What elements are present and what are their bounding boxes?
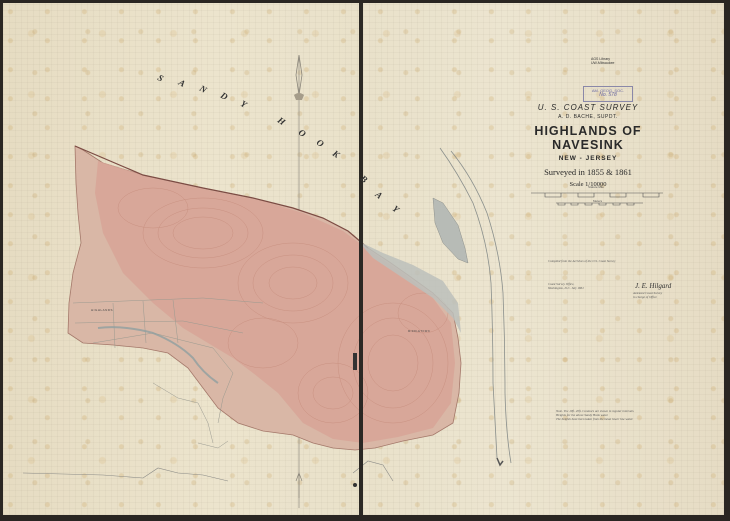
sheet-seam — [359, 3, 363, 515]
superintendent-label: A. D. BACHE, SUPDT. — [508, 114, 668, 120]
signature: J. E. Hilgard — [635, 282, 671, 290]
agency-label: U. S. COAST SURVEY — [508, 103, 668, 112]
title-block: U. S. COAST SURVEY A. D. BACHE, SUPDT. H… — [508, 103, 668, 188]
survey-date: Surveyed in 1855 & 1861 — [508, 167, 668, 177]
signature-title: Assistant Coast Survey in charge of Offi… — [633, 291, 662, 299]
compiled-note: Compiled from the Archives of the U.S. C… — [548, 259, 616, 263]
state-label: NEW - JERSEY — [508, 155, 668, 162]
society-stamp: AM. GEOG. SOC. No. 578 — [583, 86, 633, 102]
map-sheet: S A N D Y H O O K B A Y HIGHLANDS MIDDLE… — [3, 3, 724, 515]
town-label: HIGHLANDS — [91, 308, 113, 312]
library-label: AGS Library UW-Milwaukee — [591, 57, 614, 65]
footnote: Note. The 10ft. 20ft. Contours are shown… — [556, 409, 634, 421]
river-island — [433, 198, 468, 263]
scale-bar-upper-label: Statute Mile — [588, 185, 604, 189]
town-label: MIDDLETOWN — [408, 330, 430, 333]
scale-bar-lower-label: Meters — [593, 199, 602, 203]
map-title: HIGHLANDS OF NAVESINK — [508, 124, 668, 152]
office-note: Coast Survey Office, Washington, D.C. Ju… — [548, 282, 584, 290]
